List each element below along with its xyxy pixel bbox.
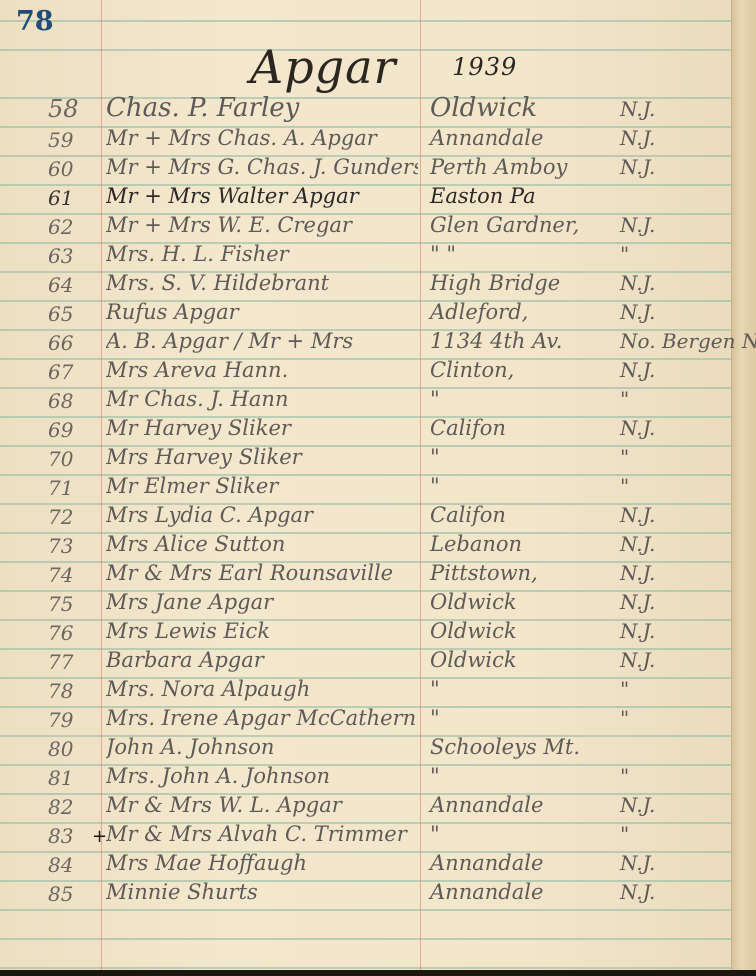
entry-state: N.J. [620, 358, 710, 382]
entry-town: Lebanon [430, 532, 630, 556]
entry-row: 79 Mrs. Irene Apgar McCathern " " [0, 704, 756, 733]
entry-town: Annandale [430, 126, 630, 150]
entry-number: 58 [48, 95, 98, 123]
entry-state: N.J. [620, 300, 710, 324]
entry-row: 83 + Mr & Mrs Alvah C. Trimmer " " [0, 820, 756, 849]
heading-year: 1939 [452, 53, 517, 81]
entry-state: No. Bergen N.J. [620, 329, 710, 353]
entry-number: 71 [48, 476, 98, 500]
entry-number: 66 [48, 331, 98, 355]
entry-row: 80 John A. Johnson Schooleys Mt. [0, 733, 756, 762]
entry-number: 61 [48, 186, 98, 210]
entry-row: 62 Mr + Mrs W. E. Cregar Glen Gardner, N… [0, 211, 756, 240]
entry-number: 62 [48, 215, 98, 239]
entry-number: 76 [48, 621, 98, 645]
entry-state: N.J. [620, 126, 710, 150]
entry-state: " [620, 387, 710, 411]
entry-state: N.J. [620, 155, 710, 179]
page-number: 78 [16, 6, 54, 37]
entry-name: Mr Elmer Sliker [106, 474, 418, 498]
entry-name: A. B. Apgar / Mr + Mrs [106, 329, 418, 353]
entry-row: 70 Mrs Harvey Sliker " " [0, 443, 756, 472]
entry-number: 80 [48, 737, 98, 761]
entry-name: Mrs Lydia C. Apgar [106, 503, 418, 527]
entry-number: 82 [48, 795, 98, 819]
entry-number: 85 [48, 882, 98, 906]
entry-name: Mrs Lewis Eick [106, 619, 418, 643]
entry-name: Mr Chas. J. Hann [106, 387, 418, 411]
entry-name: Rufus Apgar [106, 300, 418, 324]
entry-number: 63 [48, 244, 98, 268]
entry-row: 65 Rufus Apgar Adleford, N.J. [0, 298, 756, 327]
entry-row: 67 Mrs Areva Hann. Clinton, N.J. [0, 356, 756, 385]
entry-town: Califon [430, 503, 630, 527]
entry-row: 68 Mr Chas. J. Hann " " [0, 385, 756, 414]
entry-state: N.J. [620, 213, 710, 237]
entry-state: " [620, 764, 710, 788]
ledger-page: 78 Apgar 1939 58 Chas. P. Farley Oldwick… [0, 0, 756, 976]
entry-name: Mr & Mrs Alvah C. Trimmer [106, 822, 418, 846]
entry-row: 58 Chas. P. Farley Oldwick N.J. [0, 95, 756, 124]
entry-row: 63 Mrs. H. L. Fisher " " " [0, 240, 756, 269]
entry-town: " [430, 474, 630, 498]
entry-number: 60 [48, 157, 98, 181]
entry-state: N.J. [620, 590, 710, 614]
entry-town: " [430, 706, 630, 730]
entry-name: Chas. P. Farley [106, 93, 418, 123]
entry-row: 66 A. B. Apgar / Mr + Mrs 1134 4th Av. N… [0, 327, 756, 356]
entry-name: Mr + Mrs Walter Apgar [106, 184, 418, 208]
entry-town: 1134 4th Av. [430, 329, 630, 353]
entry-state: N.J. [620, 880, 710, 904]
entry-state: N.J. [620, 503, 710, 527]
entry-state: N.J. [620, 532, 710, 556]
entry-town: Pittstown, [430, 561, 630, 585]
entry-state: N.J. [620, 97, 710, 121]
entry-number: 74 [48, 563, 98, 587]
entry-number: 59 [48, 128, 98, 152]
entry-name: Mr & Mrs W. L. Apgar [106, 793, 418, 817]
entry-row: 69 Mr Harvey Sliker Califon N.J. [0, 414, 756, 443]
entry-state: " [620, 445, 710, 469]
entry-number: 77 [48, 650, 98, 674]
entry-town: High Bridge [430, 271, 630, 295]
entry-number: 84 [48, 853, 98, 877]
entry-town: Annandale [430, 880, 630, 904]
entry-name: Mrs. H. L. Fisher [106, 242, 418, 266]
entry-number: 81 [48, 766, 98, 790]
entry-number: 67 [48, 360, 98, 384]
entry-number: 75 [48, 592, 98, 616]
entry-row: 85 Minnie Shurts Annandale N.J. [0, 878, 756, 907]
entry-state: N.J. [620, 793, 710, 817]
entry-number: 70 [48, 447, 98, 471]
entry-row: 61 Mr + Mrs Walter Apgar Easton Pa [0, 182, 756, 211]
entry-number: 69 [48, 418, 98, 442]
entry-town: " [430, 387, 630, 411]
guest-entries: 58 Chas. P. Farley Oldwick N.J. 59 Mr + … [0, 95, 756, 907]
entry-number: 73 [48, 534, 98, 558]
entry-town: Perth Amboy [430, 155, 630, 179]
page-bottom-edge [0, 970, 756, 976]
entry-row: 71 Mr Elmer Sliker " " [0, 472, 756, 501]
entry-name: Mr Harvey Sliker [106, 416, 418, 440]
entry-state: " [620, 474, 710, 498]
entry-row: 72 Mrs Lydia C. Apgar Califon N.J. [0, 501, 756, 530]
entry-state: " [620, 822, 710, 846]
page-heading: Apgar 1939 [250, 40, 517, 94]
entry-name: Mrs Alice Sutton [106, 532, 418, 556]
entry-town: Oldwick [430, 619, 630, 643]
entry-town: Schooleys Mt. [430, 735, 630, 759]
entry-name: Mr + Mrs W. E. Cregar [106, 213, 418, 237]
cross-mark-icon: + [92, 826, 107, 847]
entry-town: " " [430, 242, 630, 266]
entry-name: Mrs. John A. Johnson [106, 764, 418, 788]
entry-town: Califon [430, 416, 630, 440]
entry-row: 64 Mrs. S. V. Hildebrant High Bridge N.J… [0, 269, 756, 298]
entry-row: 81 Mrs. John A. Johnson " " [0, 762, 756, 791]
entry-row: 76 Mrs Lewis Eick Oldwick N.J. [0, 617, 756, 646]
entry-town: " [430, 677, 630, 701]
entry-town: " [430, 764, 630, 788]
entry-number: 65 [48, 302, 98, 326]
entry-town: Annandale [430, 793, 630, 817]
entry-state: " [620, 242, 710, 266]
entry-state: N.J. [620, 271, 710, 295]
entry-name: Mr + Mrs Chas. A. Apgar [106, 126, 418, 150]
entry-name: Mrs Jane Apgar [106, 590, 418, 614]
entry-row: 74 Mr & Mrs Earl Rounsaville Pittstown, … [0, 559, 756, 588]
entry-name: Minnie Shurts [106, 880, 418, 904]
entry-number: 72 [48, 505, 98, 529]
entry-name: Mr + Mrs G. Chas. J. Gunderson [106, 155, 418, 179]
entry-state: " [620, 677, 710, 701]
entry-state: " [620, 706, 710, 730]
entry-town: " [430, 445, 630, 469]
entry-row: 77 Barbara Apgar Oldwick N.J. [0, 646, 756, 675]
entry-town: Clinton, [430, 358, 630, 382]
entry-town: Oldwick [430, 590, 630, 614]
entry-number: 83 [48, 824, 98, 848]
entry-name: Barbara Apgar [106, 648, 418, 672]
entry-state: N.J. [620, 416, 710, 440]
entry-number: 78 [48, 679, 98, 703]
entry-number: 79 [48, 708, 98, 732]
entry-name: John A. Johnson [106, 735, 418, 759]
entry-row: 84 Mrs Mae Hoffaugh Annandale N.J. [0, 849, 756, 878]
entry-state: N.J. [620, 619, 710, 643]
entry-row: 82 Mr & Mrs W. L. Apgar Annandale N.J. [0, 791, 756, 820]
entry-row: 60 Mr + Mrs G. Chas. J. Gunderson Perth … [0, 153, 756, 182]
entry-name: Mrs Mae Hoffaugh [106, 851, 418, 875]
entry-name: Mrs Harvey Sliker [106, 445, 418, 469]
heading-surname: Apgar [250, 40, 397, 94]
entry-town: Annandale [430, 851, 630, 875]
entry-row: 78 Mrs. Nora Alpaugh " " [0, 675, 756, 704]
entry-town: Oldwick [430, 648, 630, 672]
entry-town: Glen Gardner, [430, 213, 630, 237]
entry-state: N.J. [620, 851, 710, 875]
entry-number: 64 [48, 273, 98, 297]
entry-state: N.J. [620, 648, 710, 672]
entry-state: N.J. [620, 561, 710, 585]
entry-name: Mrs. Irene Apgar McCathern [106, 706, 418, 730]
entry-name: Mr & Mrs Earl Rounsaville [106, 561, 418, 585]
entry-row: 73 Mrs Alice Sutton Lebanon N.J. [0, 530, 756, 559]
entry-town: " [430, 822, 630, 846]
entry-town: Easton Pa [430, 184, 630, 208]
entry-row: 59 Mr + Mrs Chas. A. Apgar Annandale N.J… [0, 124, 756, 153]
entry-town: Adleford, [430, 300, 630, 324]
entry-name: Mrs Areva Hann. [106, 358, 418, 382]
entry-number: 68 [48, 389, 98, 413]
entry-town: Oldwick [430, 93, 630, 123]
entry-name: Mrs. S. V. Hildebrant [106, 271, 418, 295]
entry-row: 75 Mrs Jane Apgar Oldwick N.J. [0, 588, 756, 617]
entry-name: Mrs. Nora Alpaugh [106, 677, 418, 701]
